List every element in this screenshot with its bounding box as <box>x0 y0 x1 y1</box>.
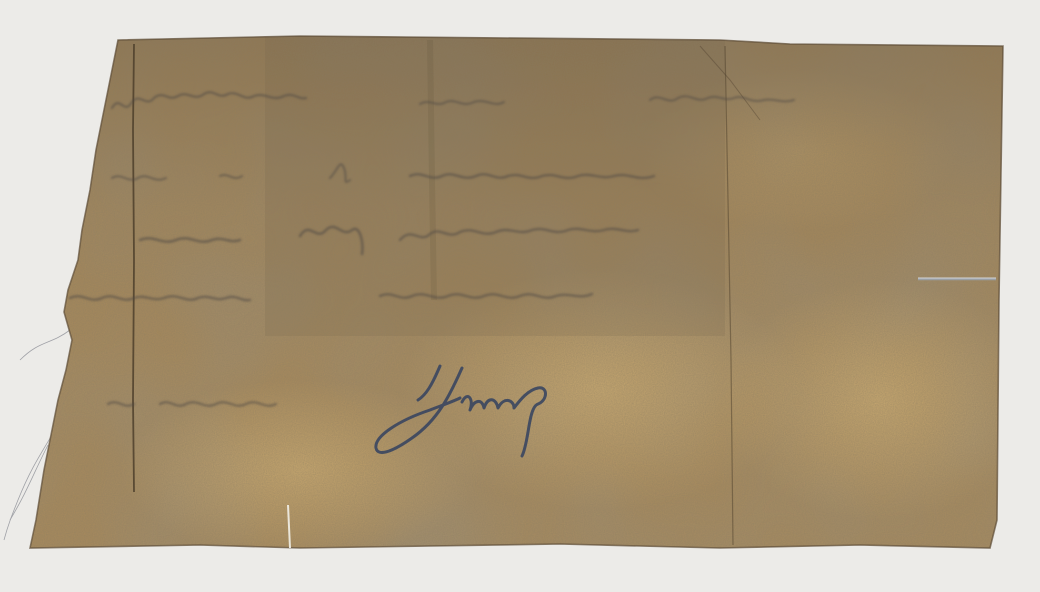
pin-icon <box>918 278 996 279</box>
scanned-document-photo <box>0 0 1040 592</box>
